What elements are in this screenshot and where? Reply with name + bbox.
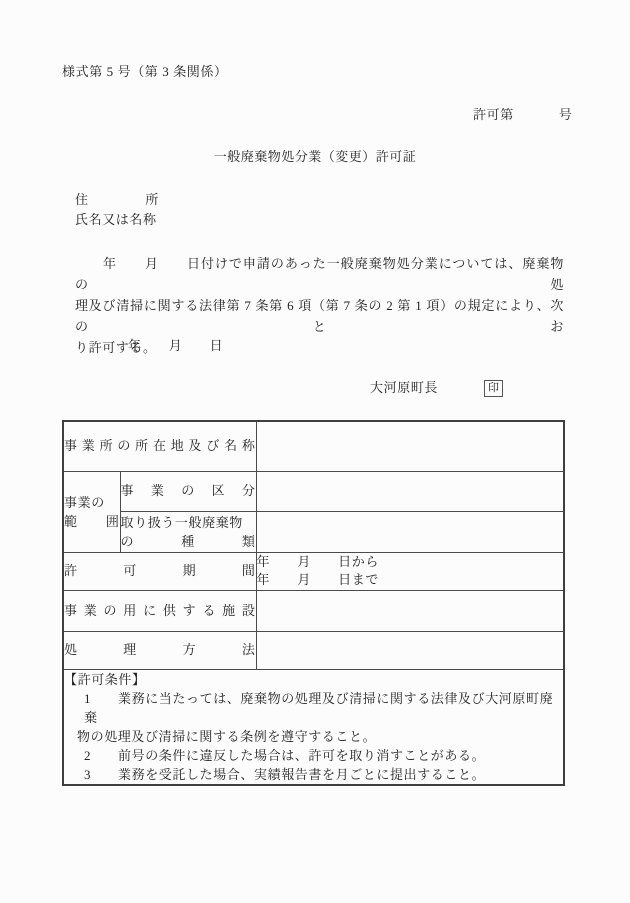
method-value-cell [256, 631, 564, 669]
condition-item-1-line-1: 1業務に当たっては、廃棄物の処理及び清掃に関する法律及び大河原町廃棄 [64, 689, 563, 727]
condition-1-number: 1 [84, 689, 118, 708]
condition-item-3: 3業務を受託した場合、実績報告書を月ごとに提出すること。 [64, 765, 563, 784]
scope-label-line2: 範囲 [64, 512, 120, 531]
category-label-cell: 事業の区分 [120, 471, 256, 511]
table-row-waste-type: 取り扱う一般廃棄物 の種類 [63, 511, 564, 552]
table-row-conditions: 【許可条件】 1業務に当たっては、廃棄物の処理及び清掃に関する法律及び大河原町廃… [63, 669, 564, 785]
permit-document-page: 様式第 5 号（第 3 条関係） 許可第号 一般廃棄物処分業（変更）許可証 住 … [0, 0, 630, 903]
condition-2-text: 前号の条件に違反した場合は、許可を取り消すことがある。 [118, 748, 485, 763]
office-value-cell [256, 421, 564, 471]
waste-type-value-cell [256, 511, 564, 552]
table-row-period: 許可期間 年 月 日から 年 月 日まで [63, 552, 564, 590]
period-value-cell: 年 月 日から 年 月 日まで [256, 552, 564, 590]
condition-3-text: 業務を受託した場合、実績報告書を月ごとに提出すること。 [118, 767, 485, 782]
period-to-line: 年 月 日まで [257, 571, 564, 589]
method-label-cell: 処理方法 [63, 631, 256, 669]
seal-mark: 印 [484, 380, 503, 397]
scope-label-cell: 事業の 範囲 [63, 471, 120, 552]
name-label: 氏名又は名称 [75, 210, 159, 230]
applicant-block: 住 所 氏名又は名称 [75, 190, 159, 230]
condition-1-text-line1: 業務に当たっては、廃棄物の処理及び清掃に関する法律及び大河原町廃棄 [84, 691, 553, 725]
condition-2-number: 2 [84, 746, 118, 765]
condition-3-number: 3 [84, 765, 118, 784]
permit-number-line: 許可第号 [473, 107, 572, 123]
period-label-cell: 許可期間 [63, 552, 256, 590]
table-row-method: 処理方法 [63, 631, 564, 669]
waste-type-label-line1: 取り扱う一般廃棄物 [121, 513, 256, 532]
facility-label-cell: 事業の用に供する施設 [63, 590, 256, 631]
category-value-cell [256, 471, 564, 511]
conditions-cell: 【許可条件】 1業務に当たっては、廃棄物の処理及び清掃に関する法律及び大河原町廃… [63, 669, 564, 785]
table-row-category: 事業の 範囲 事業の区分 [63, 471, 564, 511]
table-row-facility: 事業の用に供する施設 [63, 590, 564, 631]
body-line-2: 理及び清掃に関する法律第 7 条第 6 項（第 7 条の 2 第 1 項）の規定… [75, 295, 564, 337]
issue-date-line: 年 月 日 [128, 338, 223, 354]
conditions-header: 【許可条件】 [64, 670, 563, 689]
permit-table: 事業所の所在地及び名称 事業の 範囲 事業の区分 取り扱う一般廃棄物 の種類 許… [62, 420, 565, 786]
facility-value-cell [256, 590, 564, 631]
permit-number-suffix: 号 [559, 107, 573, 122]
body-line-1: 年 月 日付けで申請のあった一般廃棄物処分業については、廃棄物の処 [75, 253, 564, 295]
waste-type-label-cell: 取り扱う一般廃棄物 の種類 [120, 511, 256, 552]
address-label: 住 所 [75, 190, 159, 210]
table-row-office: 事業所の所在地及び名称 [63, 421, 564, 471]
condition-item-1-line-2: 物の処理及び清掃に関する条例を遵守すること。 [64, 727, 563, 746]
waste-type-label-line2: の種類 [121, 532, 256, 551]
scope-label-line1: 事業の [64, 493, 120, 512]
document-title: 一般廃棄物処分業（変更）許可証 [0, 149, 630, 165]
form-number: 様式第 5 号（第 3 条関係） [62, 64, 228, 80]
mayor-title: 大河原町長 [370, 380, 438, 396]
condition-item-2: 2前号の条件に違反した場合は、許可を取り消すことがある。 [64, 746, 563, 765]
period-from-line: 年 月 日から [257, 553, 564, 571]
permit-number-prefix: 許可第 [473, 107, 514, 122]
office-label-cell: 事業所の所在地及び名称 [63, 421, 256, 471]
